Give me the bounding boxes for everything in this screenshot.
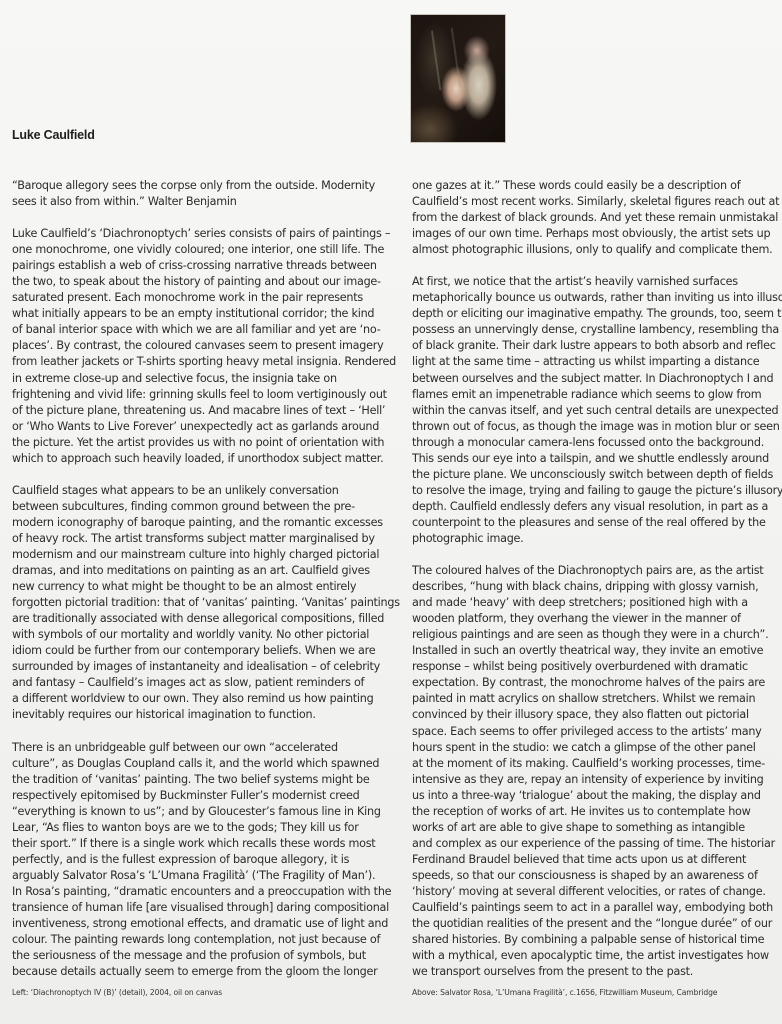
text-line: inevitably requires our historical imagi… (12, 707, 392, 723)
text-line: between ourselves and the subject matter… (412, 371, 782, 387)
text-line: forgotten pictorial tradition: that of ‘… (12, 595, 392, 611)
text-line: because details actually seem to emerge … (12, 964, 392, 980)
text-line: of black granite. Their dark lustre appe… (412, 338, 782, 354)
text-line: at the moment of its making. Caulfield’s… (412, 756, 782, 772)
text-line: the tradition of ‘vanitas’ painting. The… (12, 772, 392, 788)
text-line: us into a three-way ‘trialogue’ about th… (412, 788, 782, 804)
text-line: perfectly, and is the fullest expression… (12, 852, 392, 868)
epigraph-paragraph: “Baroque allegory sees the corpse only f… (12, 178, 392, 210)
text-line: almost photographic illusions, only to q… (412, 242, 782, 258)
text-line: one monochrome, one vividly coloured; on… (12, 242, 392, 258)
document-page: Luke Caulfield “Baroque allegory sees th… (0, 0, 782, 1024)
text-line: pairings establish a web of criss-crossi… (12, 258, 392, 274)
text-line: of heavy rock. The artist transforms sub… (12, 531, 392, 547)
text-line: describes, “hung with black chains, drip… (412, 579, 782, 595)
caption-left-image: Left: ‘Diachronoptych IV (B)’ (detail), … (12, 988, 222, 997)
text-line: light at the same time – attracting us w… (412, 354, 782, 370)
text-line: respectively epitomised by Buckminster F… (12, 788, 392, 804)
text-line: frightening and vivid life: grinning sku… (12, 387, 392, 403)
text-line: response – whilst being positively overb… (412, 659, 782, 675)
text-line: the quotidian realities of the present a… (412, 916, 782, 932)
text-line: a different worldview to our own. They a… (12, 691, 392, 707)
text-line: one gazes at it.” These words could easi… (412, 178, 782, 194)
text-line: thrown out of focus, as though the image… (412, 419, 782, 435)
text-line: and complex as our experience of the pas… (412, 836, 782, 852)
text-line: their sport.” If there is a single work … (12, 836, 392, 852)
text-line: space. Each seems to offer privileged ac… (412, 724, 782, 740)
text-line: through a monocular camera-lens focussed… (412, 435, 782, 451)
caption-above-image: Above: Salvator Rosa, ‘L’Umana Fragilità… (412, 988, 717, 997)
text-line: are traditionally associated with dense … (12, 611, 392, 627)
text-line: from leather jackets or T-shirts sportin… (12, 354, 392, 370)
text-line: modern iconography of baroque painting, … (12, 515, 392, 531)
text-line: metaphorically bounce us outwards, rathe… (412, 290, 782, 306)
text-line: the picture. Yet the artist provides us … (12, 435, 392, 451)
text-line: transience of human life [are visualised… (12, 900, 392, 916)
text-line: culture”, as Douglas Coupland calls it, … (12, 756, 392, 772)
text-line: The coloured halves of the Diachronoptyc… (412, 563, 782, 579)
text-line: to resolve the image, trying and failing… (412, 483, 782, 499)
body-paragraph: At first, we notice that the artist’s he… (412, 274, 782, 547)
body-paragraph: The coloured halves of the Diachronoptyc… (412, 563, 782, 980)
text-line: which to approach such heavily loaded, i… (12, 451, 392, 467)
painting-image-salvator-rosa (411, 15, 505, 142)
text-line: colour. The painting rewards long contem… (12, 932, 392, 948)
text-line: Ferdinand Braudel believed that time act… (412, 852, 782, 868)
text-line: the reception of works of art. He invite… (412, 804, 782, 820)
text-line: idiom could be further from our contempo… (12, 643, 392, 659)
article-title: Luke Caulfield (12, 128, 95, 142)
text-line: intensive as they are, repay an intensit… (412, 772, 782, 788)
body-paragraph: Luke Caulfield’s ‘Diachronoptych’ series… (12, 226, 392, 467)
text-line: between subcultures, finding common grou… (12, 499, 392, 515)
text-line: Caulfield’s most recent works. Similarly… (412, 194, 782, 210)
text-line: places’. By contrast, the coloured canva… (12, 338, 392, 354)
text-line: possess an unnervingly dense, crystallin… (412, 322, 782, 338)
text-line: the seriousness of the message and the p… (12, 948, 392, 964)
text-line: saturated present. Each monochrome work … (12, 290, 392, 306)
text-line: dramas, and into meditations on painting… (12, 563, 392, 579)
text-line: of banal interior space with which we ar… (12, 322, 392, 338)
text-line: shared histories. By combining a palpabl… (412, 932, 782, 948)
text-line: we transport ourselves from the present … (412, 964, 782, 980)
text-line: works of art are able to give shape to s… (412, 820, 782, 836)
text-line: with symbols of our mortality and worldl… (12, 627, 392, 643)
text-line: There is an unbridgeable gulf between ou… (12, 740, 392, 756)
text-line: modernism and our mainstream culture int… (12, 547, 392, 563)
text-line: Installed in such an overtly theatrical … (412, 643, 782, 659)
text-line: Caulfield stages what appears to be an u… (12, 483, 392, 499)
text-line: from the darkest of black grounds. And y… (412, 210, 782, 226)
text-line: the two, to speak about the history of p… (12, 274, 392, 290)
text-line: in extreme close-up and selective focus,… (12, 371, 392, 387)
text-line: inventiveness, strong emotional effects,… (12, 916, 392, 932)
text-line: photographic image. (412, 531, 782, 547)
text-line: of the picture plane, threatening us. An… (12, 403, 392, 419)
text-line: what initially appears to be an empty in… (12, 306, 392, 322)
text-line: Luke Caulfield’s ‘Diachronoptych’ series… (12, 226, 392, 242)
text-line: arguably Salvator Rosa’s ‘L’Umana Fragil… (12, 868, 392, 884)
text-line: the picture plane. We unconsciously swit… (412, 467, 782, 483)
text-line: Caulfield’s paintings seem to act in a p… (412, 900, 782, 916)
text-line: hours spent in the studio: we catch a gl… (412, 740, 782, 756)
left-column: “Baroque allegory sees the corpse only f… (12, 178, 392, 996)
text-line: and made ‘heavy’ with deep stretchers; p… (412, 595, 782, 611)
body-paragraph: one gazes at it.” These words could easi… (412, 178, 782, 258)
text-line: and fantasy – Caulfield’s images act as … (12, 675, 392, 691)
text-line: new currency to what might be thought to… (12, 579, 392, 595)
body-paragraph: Caulfield stages what appears to be an u… (12, 483, 392, 724)
text-line: surrounded by images of instantaneity an… (12, 659, 392, 675)
text-line: speeds, so that our consciousness is sha… (412, 868, 782, 884)
text-line: wooden platform, they overhang the viewe… (412, 611, 782, 627)
text-line: Lear, “As flies to wanton boys are we to… (12, 820, 392, 836)
text-line: At first, we notice that the artist’s he… (412, 274, 782, 290)
text-line: ‘history’ moving at several different ve… (412, 884, 782, 900)
text-line: painted in matt acrylics on shallow stre… (412, 691, 782, 707)
text-line: images of our own time. Perhaps most obv… (412, 226, 782, 242)
text-line: sees it also from within.” Walter Benjam… (12, 194, 392, 210)
right-column: one gazes at it.” These words could easi… (412, 178, 782, 996)
text-line: within the canvas itself, and yet such c… (412, 403, 782, 419)
text-line: counterpoint to the pleasures and sense … (412, 515, 782, 531)
text-line: with a mythical, even apocalyptic time, … (412, 948, 782, 964)
text-line: depth. Caulfield endlessly defers any vi… (412, 499, 782, 515)
text-line: flames emit an impenetrable radiance whi… (412, 387, 782, 403)
text-line: In Rosa’s painting, “dramatic encounters… (12, 884, 392, 900)
text-line: “everything is known to us”; and by Glou… (12, 804, 392, 820)
text-line: religious paintings and are seen as thou… (412, 627, 782, 643)
skeleton-figure-shape (431, 28, 461, 90)
text-line: convinced by their illusory space, they … (412, 707, 782, 723)
text-line: depth or eliciting our imaginative empat… (412, 306, 782, 322)
text-line: “Baroque allegory sees the corpse only f… (12, 178, 392, 194)
text-line: This sends our eye into a tailspin, and … (412, 451, 782, 467)
text-line: or ‘Who Wants to Live Forever’ unexpecte… (12, 419, 392, 435)
text-line: expectation. By contrast, the monochrome… (412, 675, 782, 691)
body-paragraph: There is an unbridgeable gulf between ou… (12, 740, 392, 981)
